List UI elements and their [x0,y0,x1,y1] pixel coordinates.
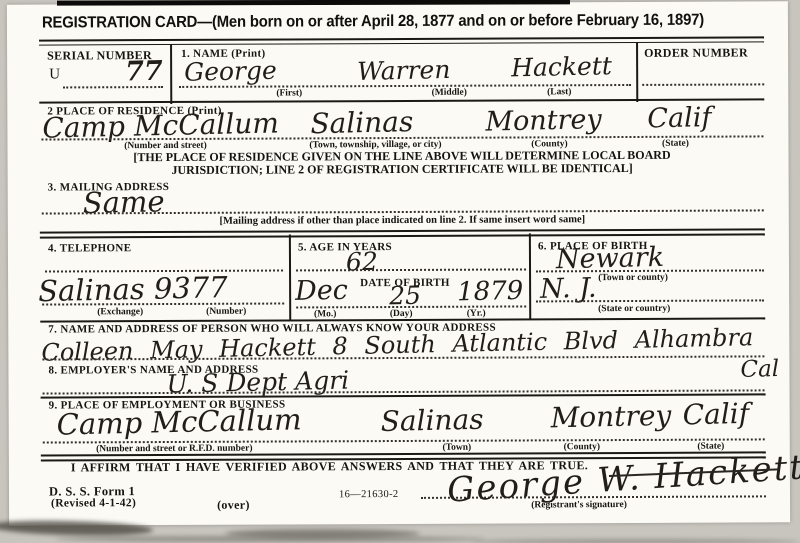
scanned-registration-card: REGISTRATION CARD—(Men born on or after … [0,0,800,543]
mailing-value: Same [82,184,165,220]
age-value: 62 [346,247,378,277]
telephone-exchange-sublabel: (Exchange) [74,307,166,317]
contact-overflow-value: Cal [740,356,779,383]
telephone-label: 4. TELEPHONE [48,242,132,254]
divider-serial-name [170,44,172,104]
rule-row8-bottom [41,393,766,398]
signature-sublabel: (Registrant's signature) [499,500,659,511]
telephone-number-sublabel: (Number) [186,307,266,317]
jurisdiction-note-line2: JURISDICTION; LINE 2 OF REGISTRATION CER… [40,160,765,178]
divider-age-birth [529,233,531,319]
employment-town-value: Salinas [380,403,484,438]
name-last-value: Hackett [511,51,612,82]
employment-street-value: Camp McCallum [56,402,302,441]
card-title: REGISTRATION CARD—(Men born on or after … [42,12,704,33]
residence-state-value: Calif [647,102,712,134]
scan-artifact-smudge [470,539,800,543]
name-first-value: George [184,56,277,87]
birth-state-sublabel: (State or country) [554,304,714,315]
form-revision: (Revised 4-1-42) [51,497,136,509]
serial-number-value: 77 [125,56,163,88]
name-middle-sublabel: (Middle) [414,88,484,98]
rule-above-telephone [40,228,765,239]
birth-state-line [536,299,764,302]
age-line [296,268,526,271]
card-paper: REGISTRATION CARD—(Men born on or after … [7,1,790,525]
name-middle-value: Warren [357,55,451,86]
scan-artifact-smudge [55,536,485,542]
birth-month-value: Dec [295,275,348,307]
employment-county-value: Montrey [550,399,671,435]
month-sublabel: (Mo.) [300,309,350,319]
print-code: 16—21630-2 [339,489,399,500]
birth-year-value: 1879 [457,276,524,307]
divider-telephone-age [289,234,291,320]
divider-name-order [636,42,638,102]
name-first-sublabel: (First) [259,88,319,98]
day-sublabel: (Day) [376,309,426,319]
order-number-label: ORDER NUMBER [644,45,748,60]
mailing-note: [Mailing address if other than place ind… [40,213,765,227]
year-sublabel: (Yr.) [451,309,501,319]
employment-county-sublabel: (County) [547,442,617,452]
employment-state-sublabel: (State) [681,442,741,452]
header-double-rule [39,36,764,45]
employment-town-sublabel: (Town) [427,443,487,453]
over-label: (over) [217,498,250,513]
residence-town-value: Salinas [310,105,414,140]
name-last-sublabel: (Last) [529,87,589,97]
residence-county-value: Montrey [485,104,602,138]
employment-state-value: Calif [682,397,749,431]
serial-prefix: U [49,66,60,83]
order-number-line [642,83,764,86]
